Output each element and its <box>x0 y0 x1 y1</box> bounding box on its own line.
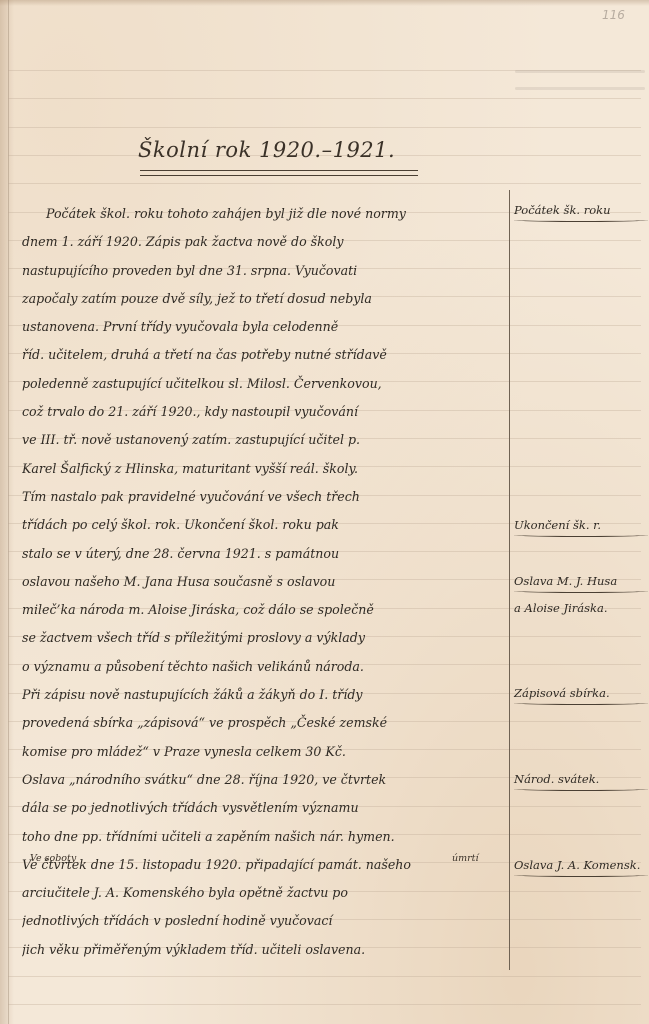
body-line: což trvalo do 21. září 1920., kdy nastou… <box>22 398 508 426</box>
margin-note-underline <box>514 873 648 877</box>
handwritten-body: Počátek škol. roku tohoto zahájen byl ji… <box>22 200 508 964</box>
ruled-line <box>8 183 641 184</box>
page-title: Školní rok 1920.–1921. <box>138 138 438 162</box>
body-line: jednotlivých třídách v poslední hodině v… <box>22 907 508 935</box>
margin-note-enrollment-collection: Zápisová sbírka. <box>514 686 648 705</box>
body-line: provedená sbírka „zápisová“ ve prospěch … <box>22 709 508 737</box>
margin-note-text: Národ. svátek. <box>514 772 599 786</box>
margin-note-national-holiday: Národ. svátek. <box>514 772 648 791</box>
body-line: se žactvem všech tříd s příležitými pros… <box>22 624 508 652</box>
margin-note-jirasek: a Aloise Jiráska. <box>514 601 648 615</box>
body-line: toho dne pp. třídními učiteli a zapěním … <box>22 823 508 851</box>
body-line: říd. učitelem, druhá a třetí na čas potř… <box>22 341 508 369</box>
margin-note-underline <box>514 589 648 593</box>
body-line: Ve čtvrtek dne 15. listopadu 1920. připa… <box>22 851 508 879</box>
body-line: Karel Šalfický z Hlinska, maturitant vyš… <box>22 455 508 483</box>
body-line: dála se po jednotlivých třídách vysvětle… <box>22 794 508 822</box>
body-line: o významu a působení těchto našich velik… <box>22 653 508 681</box>
body-line: nastupujícího proveden byl dne 31. srpna… <box>22 257 508 285</box>
faded-previous-text <box>515 60 645 120</box>
body-line: arciučitele J. A. Komenského byla opětně… <box>22 879 508 907</box>
body-line: Tím nastalo pak pravidelné vyučování ve … <box>22 483 508 511</box>
faded-stroke <box>515 70 645 73</box>
margin-note-komensky-celebration: Oslava J. A. Komensk. <box>514 858 648 877</box>
margin-note-underline <box>514 533 648 537</box>
margin-note-hus-celebration: Oslava M. J. Husa <box>514 574 648 593</box>
body-line: poledenně zastupující učitelkou sl. Milo… <box>22 370 508 398</box>
body-line: Oslava „národního svátku“ dne 28. října … <box>22 766 508 794</box>
body-line: Počátek škol. roku tohoto zahájen byl ji… <box>22 200 508 228</box>
title-double-underline <box>140 170 418 176</box>
margin-note-text: Ukončení šk. r. <box>514 518 601 532</box>
margin-note-text: Oslava J. A. Komensk. <box>514 858 640 872</box>
margin-divider-rule <box>509 190 510 970</box>
ruled-line <box>8 127 641 128</box>
margin-note-text: Oslava M. J. Husa <box>514 574 617 588</box>
body-line: započaly zatím pouze dvě síly, jež to tř… <box>22 285 508 313</box>
body-line: třídách po celý škol. rok. Ukončení škol… <box>22 511 508 539</box>
page-top-edge <box>0 0 649 6</box>
body-line: ve III. tř. nově ustanovený zatím. zastu… <box>22 426 508 454</box>
insertion-above-line: úmrtí <box>452 853 479 864</box>
margin-note-text: Počátek šk. roku <box>514 203 611 217</box>
margin-note-text: a Aloise Jiráska. <box>514 601 607 615</box>
margin-note-underline <box>514 701 648 705</box>
margin-note-school-year-start: Počátek šk. roku <box>514 203 648 222</box>
margin-note-text: Zápisová sbírka. <box>514 686 610 700</box>
body-line: ustanovena. První třídy vyučovala byla c… <box>22 313 508 341</box>
body-line: stalo se v úterý, dne 28. června 1921. s… <box>22 540 508 568</box>
ruled-line <box>8 1004 641 1005</box>
body-line: komise pro mládež“ v Praze vynesla celke… <box>22 738 508 766</box>
ruled-line <box>8 976 641 977</box>
insertion-above-line: Ve soboty <box>30 853 76 864</box>
body-line: dnem 1. září 1920. Zápis pak žactva nově… <box>22 228 508 256</box>
page-number: 116 <box>602 8 625 22</box>
manuscript-page: 116 Školní rok 1920.–1921. Počátek škol.… <box>0 0 649 1024</box>
binding-shadow <box>0 0 14 1024</box>
body-line: oslavou našeho M. Jana Husa současně s o… <box>22 568 508 596</box>
margin-note-underline <box>514 787 648 791</box>
body-line: jich věku přiměřeným výkladem tříd. učit… <box>22 936 508 964</box>
left-page-rule <box>8 0 9 1024</box>
margin-note-underline <box>514 218 648 222</box>
body-line: mileč’ka národa m. Aloise Jiráska, což d… <box>22 596 508 624</box>
faded-stroke <box>515 87 645 90</box>
margin-note-school-year-end: Ukončení šk. r. <box>514 518 648 537</box>
body-line: Při zápisu nově nastupujících žáků a žák… <box>22 681 508 709</box>
